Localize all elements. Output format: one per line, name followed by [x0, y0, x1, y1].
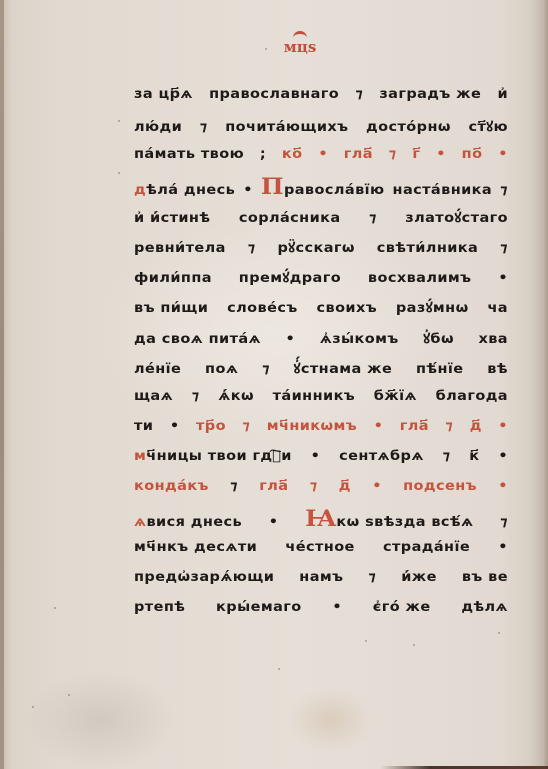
word-group: лю́ди [134, 120, 182, 135]
punctuation-mark: • [286, 331, 296, 346]
word-group: Ꙗкѡ ѕвѣзда всѣ́ѧ [305, 510, 473, 529]
rubric-text: д҃ [339, 480, 351, 495]
word-group: разꙋ́мнѡ [396, 299, 469, 317]
word-group: ⁊ [262, 362, 270, 377]
word-group: ; [260, 148, 266, 163]
word-group: д҃ [339, 480, 351, 495]
paper-speck [265, 48, 267, 50]
punctuation-mark: • [170, 419, 180, 434]
paper-speck [498, 632, 500, 634]
word-group: ⁊ [369, 211, 377, 226]
body-text: равосла́вїю [284, 182, 385, 197]
word-group: предѡ҆зарѧ́ющи [134, 570, 274, 585]
word-group: • [170, 419, 180, 434]
word-group: • [374, 419, 384, 434]
word-group: ⁊ [389, 148, 397, 163]
word-group: ⁊ [500, 514, 508, 529]
text-line: въ пи́щислове́съсвоихъразꙋ́мнѡча [134, 299, 508, 327]
word-group: ⁊ [230, 480, 238, 495]
word-group: • [372, 480, 382, 495]
paper-speck [365, 640, 367, 642]
punctuation-mark: ⁊ [443, 449, 451, 464]
paper-speck [278, 668, 280, 670]
punctuation-mark: • [498, 540, 508, 555]
word-group: ⁊ [445, 419, 453, 434]
word-group: слове́съ [227, 301, 297, 316]
body-text: ꙋ҆бѡ [423, 329, 454, 347]
text-line: дѣла́ днесь•Правосла́вїюнаста́вника⁊ [134, 178, 508, 206]
text-line: да своѧ пита́ѧ•ѧ҆зы́комъꙋ҆бѡхва [134, 329, 508, 357]
body-text: восхвалимъ [368, 271, 472, 286]
punctuation-mark: • [372, 480, 382, 495]
word-group: ⁊ [200, 120, 208, 135]
word-group: златоꙋ́стаго [405, 208, 508, 226]
word-group: • [243, 182, 253, 197]
text-line: фили́ппапремꙋ́драговосхвалимъ• [134, 268, 508, 296]
word-group: • [286, 331, 296, 346]
punctuation-mark: • [311, 449, 321, 464]
rubric-text: гла҃ [259, 480, 288, 495]
body-text: ꙋ҆́стнама же [294, 359, 393, 377]
text-line: ѧвися днесь•Ꙗкѡ ѕвѣзда всѣ́ѧ⁊ [134, 510, 508, 538]
rubric-text: мч҃никѡмъ [267, 419, 357, 434]
body-text: ртепѣ [134, 600, 185, 615]
punctuation-mark: • [498, 480, 508, 495]
word-group: досто́рнѡ [366, 120, 451, 135]
word-group: свѣти́лника [377, 241, 478, 256]
body-text: ч҃ницы твои гдⷭ҇и [146, 449, 292, 464]
body-text: пѣ́нїе [416, 362, 464, 377]
body-text: слове́съ [227, 301, 297, 316]
word-group: намъ [299, 570, 343, 585]
paper-speck [54, 607, 56, 609]
word-group: ⁊ [443, 449, 451, 464]
word-group: ⁊ [355, 87, 363, 102]
paper-speck [32, 706, 34, 708]
body-text: вися днесь [146, 514, 242, 529]
text-line: па́мать твою;ко҃•гла҃⁊г҃•по҃• [134, 148, 508, 176]
body-text: щаѧ [134, 389, 173, 404]
body-text: и҆ [497, 87, 508, 102]
word-group: фили́ппа [134, 271, 212, 286]
word-group: • [498, 271, 508, 286]
body-text: сентѧбрѧ [339, 449, 424, 464]
punctuation-mark: • [332, 600, 342, 615]
body-text: дѣлѧ [461, 600, 508, 615]
word-group: че́стное [285, 540, 354, 555]
rubric-text: г҃ [412, 148, 420, 163]
rubric-text: по҃ [462, 148, 483, 163]
body-text: ѣла́ днесь [146, 182, 235, 197]
word-group: к҃ [469, 449, 479, 464]
body-text: ѧ҆зы́комъ [320, 331, 399, 346]
punctuation-mark: • [498, 449, 508, 464]
text-line: и҆ и҆́стинѣсорла́сника⁊златоꙋ́стаго [134, 208, 508, 236]
word-group: дѣла́ днесь [134, 182, 235, 197]
word-group: ѧвися днесь [134, 514, 242, 529]
page-left-edge [0, 0, 4, 769]
word-group: • [318, 148, 328, 163]
text-line: щаѧ⁊ѧ҆́кѡта́инникъбж҃їѧблагода [134, 389, 508, 417]
body-text: че́стное [285, 540, 354, 555]
word-group: и҆́же [401, 570, 437, 585]
word-group: ѧ҆́кѡ [218, 389, 254, 404]
word-group: ⁊ [310, 480, 318, 495]
punctuation-mark: • [498, 148, 508, 163]
word-group: па́мать твою [134, 148, 244, 163]
punctuation-mark: ⁊ [500, 241, 508, 256]
text-line: конда́къ⁊гла҃⁊д҃•подсенъ• [134, 480, 508, 508]
punctuation-mark: • [436, 148, 446, 163]
word-group: • [498, 480, 508, 495]
punctuation-mark: ⁊ [500, 514, 508, 529]
word-group: благода [436, 389, 508, 404]
body-text: въ пи́щи [134, 301, 208, 316]
word-group: • [269, 514, 279, 529]
body-text: предѡ҆зарѧ́ющи [134, 570, 274, 585]
word-group: ⁊ [248, 241, 256, 256]
punctuation-mark: ⁊ [389, 148, 397, 163]
rubric-text: ко҃ [282, 148, 303, 163]
body-text: ревни́тела [134, 241, 226, 256]
body-text: є҆го́ же [373, 600, 431, 615]
punctuation-mark: • [269, 514, 279, 529]
word-group: • [436, 148, 446, 163]
punctuation-mark: ⁊ [262, 362, 270, 377]
page-right-edge [542, 0, 548, 769]
text-line: предѡ҆зарѧ́ющинамъ⁊и҆́жевъ ве [134, 570, 508, 598]
manuscript-page: мцѕ за цр҃ѧправославнаго⁊заградъ жеи҆лю́… [0, 0, 548, 769]
body-text: лю́ди [134, 120, 182, 135]
word-group: конда́къ [134, 480, 209, 495]
word-group: заградъ же [379, 87, 481, 102]
drop-cap-initial: П [261, 178, 284, 195]
word-group: ꙋ҆бѡ [423, 329, 454, 347]
word-group: г҃ [412, 148, 420, 163]
body-text: своихъ [317, 301, 378, 316]
word-group: • [332, 600, 342, 615]
punctuation-mark: ⁊ [369, 211, 377, 226]
paper-speck [68, 694, 70, 696]
word-group: ртепѣ [134, 600, 185, 615]
word-group: гла҃ [259, 480, 288, 495]
word-group: дѣлѧ [461, 600, 508, 615]
text-line: ти•тр҃о⁊мч҃никѡмъ•гла҃⁊д҃• [134, 419, 508, 447]
body-text: свѣти́лника [377, 241, 478, 256]
body-text: ѧ҆́кѡ [218, 389, 254, 404]
word-group: ст҃ꙋю [468, 117, 508, 135]
body-text: поѧ [205, 362, 238, 377]
rubric-text: д [134, 182, 146, 197]
punctuation-mark: ⁊ [200, 120, 208, 135]
text-line: мч҃нкъ десѧтиче́стноестрада́нїе• [134, 540, 508, 568]
punctuation-mark: ⁊ [248, 241, 256, 256]
punctuation-mark: ⁊ [310, 480, 318, 495]
word-group: по҃ [462, 148, 483, 163]
word-group: сорла́сника [239, 211, 341, 226]
body-text: разꙋ́мнѡ [396, 299, 469, 317]
punctuation-mark: ⁊ [242, 419, 250, 434]
body-text: и҆́же [401, 570, 437, 585]
word-group: и҆ [497, 87, 508, 102]
drop-cap-initial: Ꙗ [305, 510, 336, 527]
word-group: своихъ [317, 301, 378, 316]
body-text: почита́ющихъ [225, 120, 348, 135]
word-group: рꙋ̈сскагѡ [278, 238, 355, 256]
punctuation-mark: ⁊ [500, 182, 508, 197]
word-group: и҆ и҆́стинѣ [134, 211, 210, 226]
word-group: ча [487, 301, 508, 316]
rubric-text: д҃ [470, 419, 482, 434]
body-text: за цр҃ѧ [134, 87, 193, 102]
body-text: та́инникъ [273, 389, 355, 404]
word-group: д҃ [470, 419, 482, 434]
titlo-mark [293, 31, 307, 41]
word-group: вѣ [487, 362, 508, 377]
text-block: за цр҃ѧправославнаго⁊заградъ жеи҆лю́ди⁊п… [134, 86, 508, 629]
rubric-text: м [134, 449, 146, 464]
word-group: восхвалимъ [368, 271, 472, 286]
word-group: ѧ҆зы́комъ [320, 331, 399, 346]
body-text: ти [134, 419, 153, 434]
word-group: Правосла́вїю [261, 178, 385, 197]
paper-speck [413, 644, 415, 646]
word-group: • [311, 449, 321, 464]
word-group: бж҃їѧ [374, 389, 417, 404]
word-group: кры́емаго [216, 600, 302, 615]
word-group: ⁊ [500, 241, 508, 256]
word-group: ко҃ [282, 148, 303, 163]
punctuation-mark: • [318, 148, 328, 163]
word-group: • [498, 449, 508, 464]
body-text: вѣ [487, 362, 508, 377]
body-text: рꙋ̈сскагѡ [278, 238, 355, 256]
body-text: благода [436, 389, 508, 404]
word-group: щаѧ [134, 389, 173, 404]
body-text: к҃ [469, 449, 479, 464]
body-text: наста́вника [393, 182, 493, 197]
body-text: ча [487, 301, 508, 316]
word-group: православнаго [209, 87, 339, 102]
word-group: гла҃ [400, 419, 429, 434]
body-text: па́мать твою [134, 148, 244, 163]
punctuation-mark: ⁊ [192, 389, 200, 404]
text-line: лю́ди⁊почита́ющихъдосто́рнѡст҃ꙋю [134, 117, 508, 145]
word-group: та́инникъ [273, 389, 355, 404]
word-group: ле́нїе [134, 362, 181, 377]
body-text: ле́нїе [134, 362, 181, 377]
text-line: ревни́тела⁊рꙋ̈сскагѡсвѣти́лника⁊ [134, 238, 508, 266]
word-group: ти [134, 419, 153, 434]
word-group: за цр҃ѧ [134, 87, 193, 102]
word-group: сентѧбрѧ [339, 449, 424, 464]
rubric-text: подсенъ [403, 480, 477, 495]
word-group: ревни́тела [134, 241, 226, 256]
paper-speck [118, 172, 120, 174]
body-text: да своѧ пита́ѧ [134, 331, 261, 346]
punctuation-mark: • [243, 182, 253, 197]
word-group: поѧ [205, 362, 238, 377]
text-line: мч҃ницы твои гдⷭ҇и•сентѧбрѧ⁊к҃• [134, 449, 508, 477]
word-group: • [498, 148, 508, 163]
rubric-text: гла҃ [400, 419, 429, 434]
word-group: почита́ющихъ [225, 120, 348, 135]
body-text: бж҃їѧ [374, 389, 417, 404]
word-group: • [498, 540, 508, 555]
punctuation-mark: ⁊ [368, 570, 376, 585]
body-text: премꙋ́драго [239, 268, 341, 286]
body-text: намъ [299, 570, 343, 585]
rubric-text: ѧ [134, 514, 146, 529]
body-text: и҆ и҆́стинѣ [134, 211, 210, 226]
text-line: ле́нїепоѧ⁊ꙋ҆́стнама жепѣ́нїевѣ [134, 359, 508, 387]
punctuation-mark: ⁊ [230, 480, 238, 495]
paper-speck [118, 120, 120, 122]
word-group: мч҃нкъ десѧти [134, 540, 257, 555]
text-line: ртепѣкры́емаго•є҆го́ жедѣлѧ [134, 600, 508, 628]
word-group: мч҃никѡмъ [267, 419, 357, 434]
body-text: мч҃нкъ десѧти [134, 540, 257, 555]
rubric-text: гла҃ [344, 148, 373, 163]
body-text: православнаго [209, 87, 339, 102]
punctuation-mark: • [374, 419, 384, 434]
body-text: фили́ппа [134, 271, 212, 286]
word-group: въ ве [462, 570, 508, 585]
rubric-text: конда́къ [134, 480, 209, 495]
folio-number: мцѕ [270, 38, 330, 68]
body-text: въ ве [462, 570, 508, 585]
body-text: хва [478, 331, 508, 346]
body-text: кѡ ѕвѣзда всѣ́ѧ [336, 514, 473, 529]
punctuation-mark: • [498, 419, 508, 434]
punctuation-mark: ⁊ [355, 87, 363, 102]
text-line: за цр҃ѧправославнаго⁊заградъ жеи҆ [134, 87, 508, 115]
word-group: въ пи́щи [134, 301, 208, 316]
word-group: ⁊ [500, 182, 508, 197]
word-group: • [498, 419, 508, 434]
word-group: да своѧ пита́ѧ [134, 331, 261, 346]
body-text: досто́рнѡ [366, 120, 451, 135]
punctuation-mark: • [498, 271, 508, 286]
rubric-text: тр҃о [196, 419, 226, 434]
word-group: ⁊ [192, 389, 200, 404]
word-group: ⁊ [368, 570, 376, 585]
word-group: ꙋ҆́стнама же [294, 359, 393, 377]
word-group: мч҃ницы твои гдⷭ҇и [134, 449, 292, 464]
body-text: страда́нїе [383, 540, 470, 555]
word-group: наста́вника [393, 182, 493, 197]
body-text: кры́емаго [216, 600, 302, 615]
body-text: сорла́сника [239, 211, 341, 226]
punctuation-mark: ; [260, 148, 266, 163]
word-group: пѣ́нїе [416, 362, 464, 377]
word-group: є҆го́ же [373, 600, 431, 615]
word-group: гла҃ [344, 148, 373, 163]
word-group: ⁊ [242, 419, 250, 434]
word-group: подсенъ [403, 480, 477, 495]
punctuation-mark: ⁊ [445, 419, 453, 434]
body-text: ст҃ꙋю [468, 117, 508, 135]
word-group: тр҃о [196, 419, 226, 434]
word-group: хва [478, 331, 508, 346]
word-group: страда́нїе [383, 540, 470, 555]
word-group: премꙋ́драго [239, 268, 341, 286]
body-text: заградъ же [379, 87, 481, 102]
body-text: златоꙋ́стаго [405, 208, 508, 226]
